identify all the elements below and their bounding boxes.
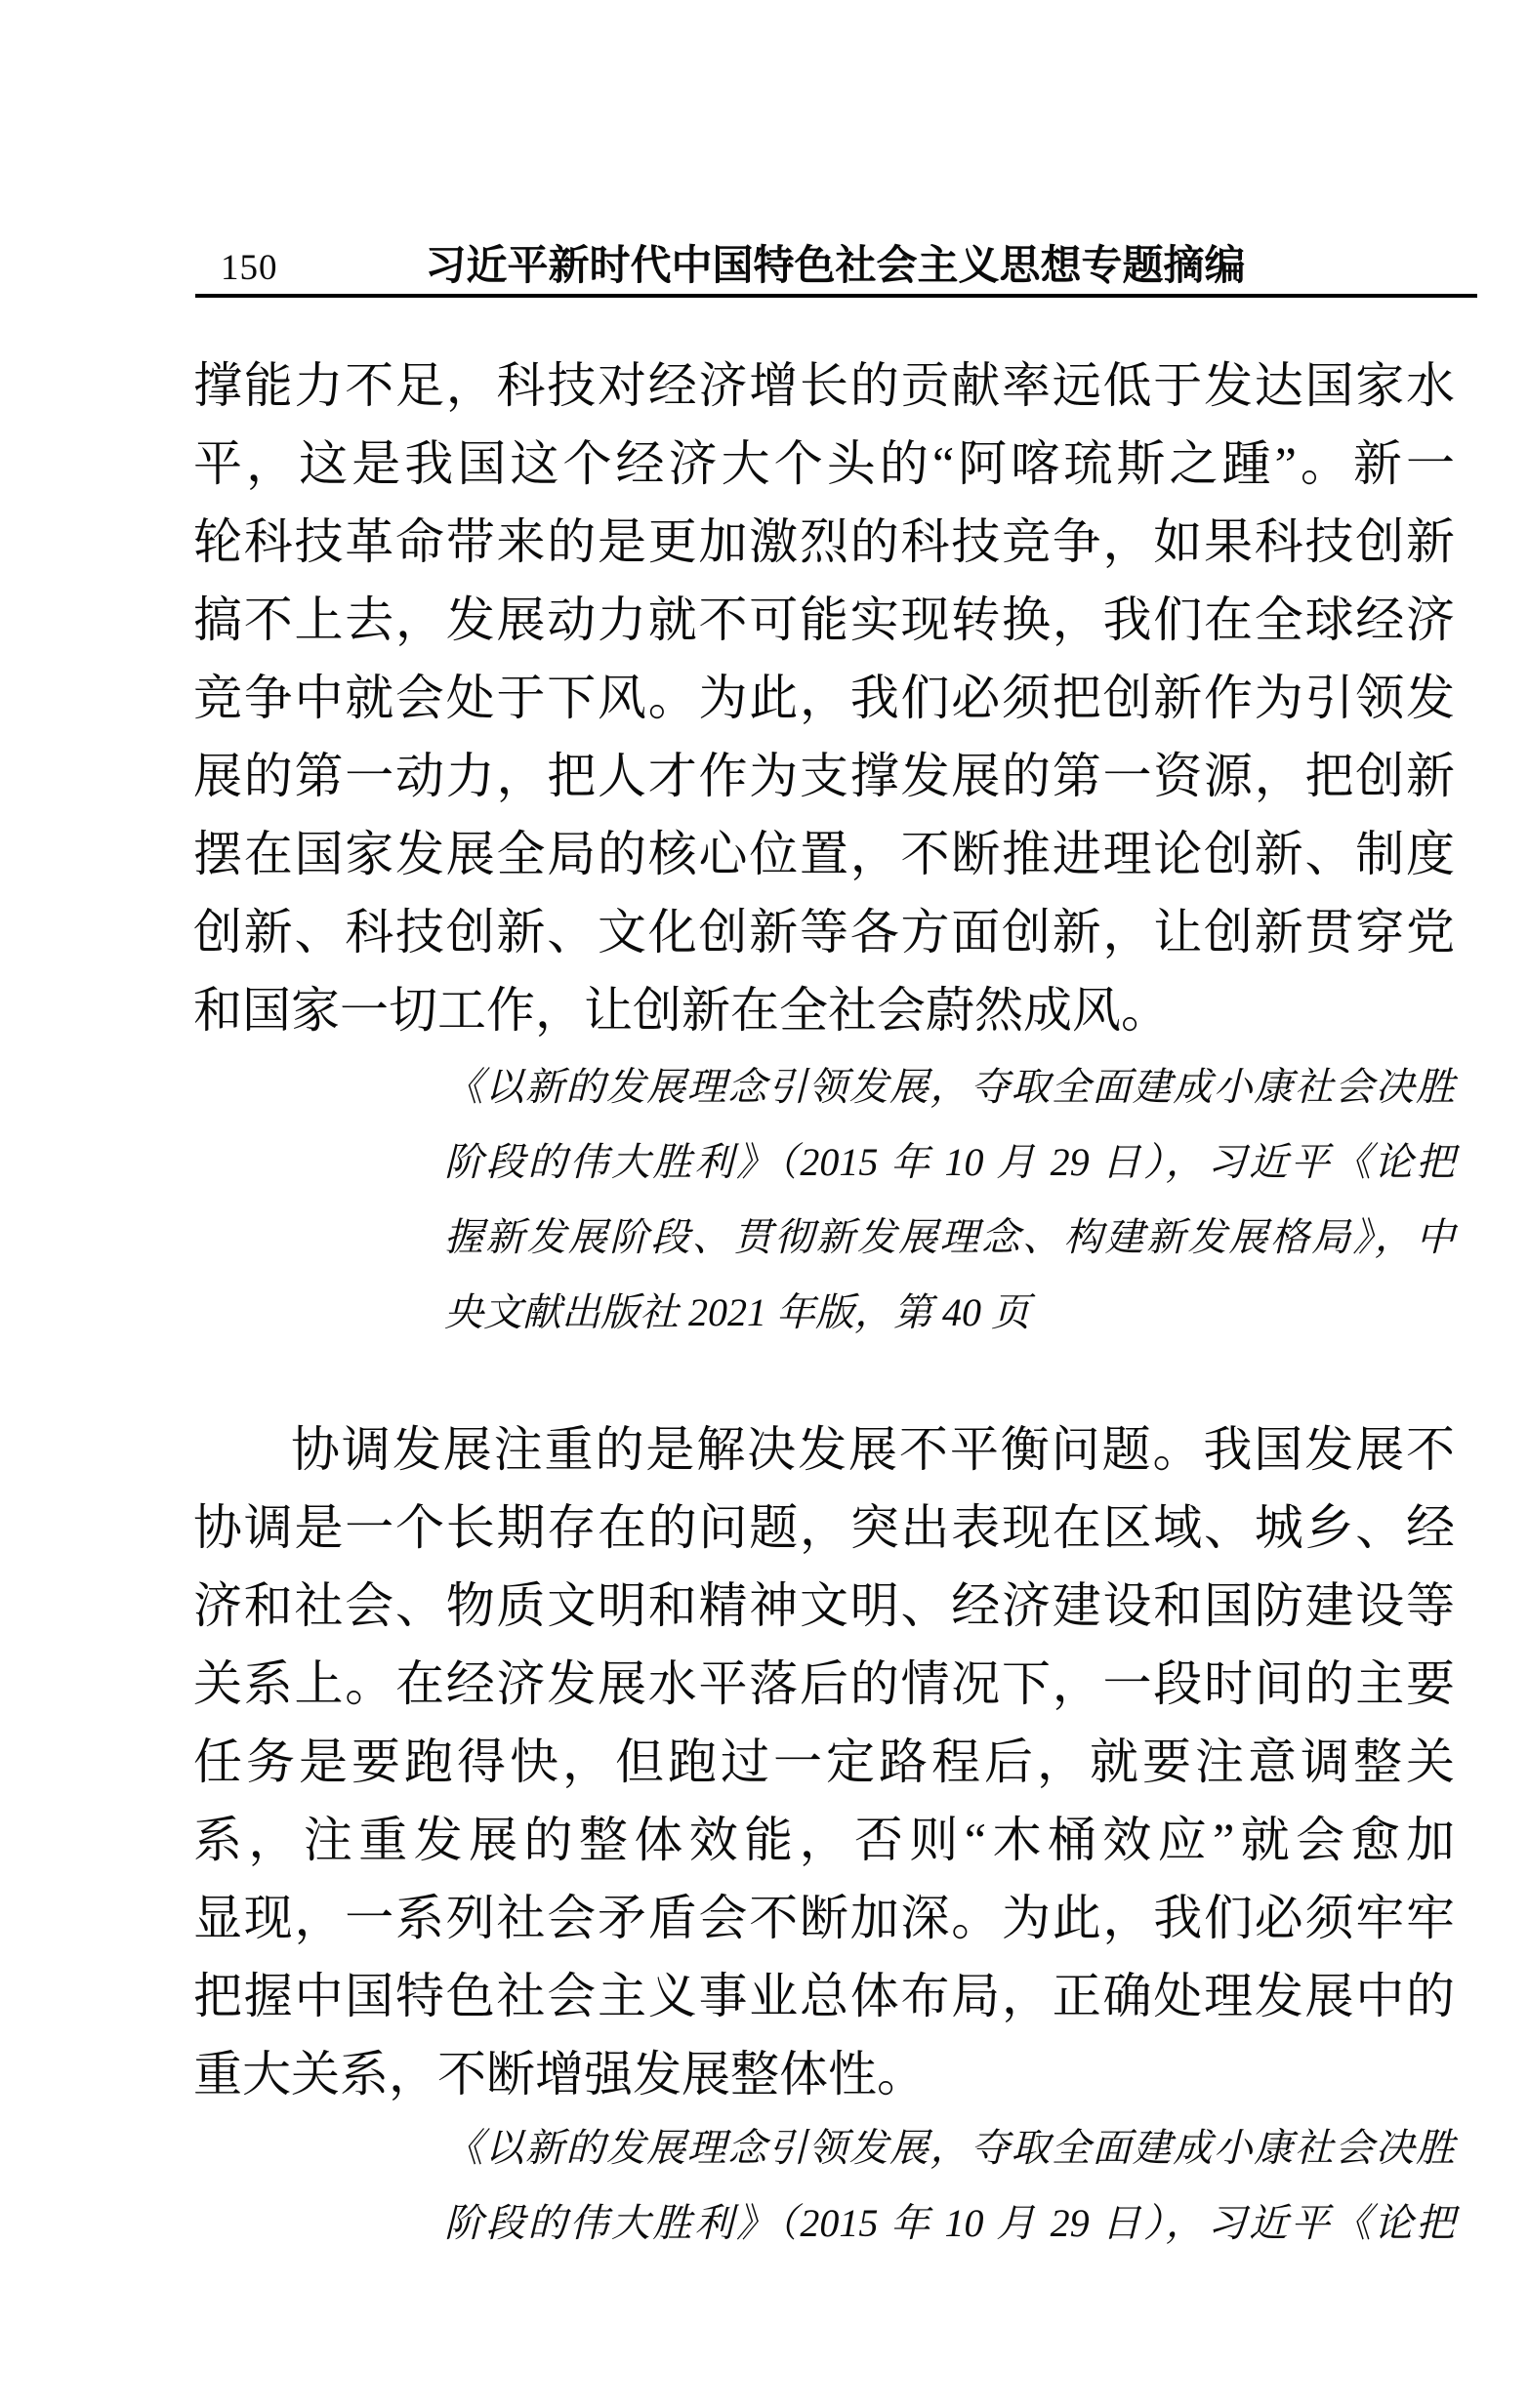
text-line: 济和社会、物质文明和精神文明、经济建设和国防建设等 [193, 1567, 1455, 1645]
citation-line: 《以新的发展理念引领发展，夺取全面建成小康社会决胜 [444, 1049, 1455, 1124]
citation-source-2: 《以新的发展理念引领发展，夺取全面建成小康社会决胜 阶段的伟大胜利》（2015 … [444, 2110, 1455, 2261]
citation-line: 阶段的伟大胜利》（2015 年 10 月 29 日），习近平《论把 [444, 2185, 1455, 2261]
text-line: 协调发展注重的是解决发展不平衡问题。我国发展不 [193, 1410, 1455, 1489]
citation-line: 央文献出版社 2021 年版，第 40 页 [444, 1275, 1455, 1350]
text-line: 关系上。在经济发展水平落后的情况下，一段时间的主要 [193, 1645, 1455, 1723]
text-line: 协调是一个长期存在的问题，突出表现在区域、城乡、经 [193, 1489, 1455, 1567]
text-line: 轮科技革命带来的是更加激烈的科技竞争，如果科技创新 [193, 503, 1455, 581]
paragraph-2: 协调发展注重的是解决发展不平衡问题。我国发展不 协调是一个长期存在的问题，突出表… [193, 1410, 1455, 2113]
text-line: 撑能力不足，科技对经济增长的贡献率远低于发达国家水 [193, 347, 1455, 425]
citation-source-1: 《以新的发展理念引领发展，夺取全面建成小康社会决胜 阶段的伟大胜利》（2015 … [444, 1049, 1455, 1350]
header-rule [195, 294, 1477, 298]
text-line: 竞争中就会处于下风。为此，我们必须把创新作为引领发 [193, 659, 1455, 737]
text-line: 创新、科技创新、文化创新等各方面创新，让创新贯穿党 [193, 893, 1455, 971]
paragraph-1: 撑能力不足，科技对经济增长的贡献率远低于发达国家水 平，这是我国这个经济大个头的… [193, 347, 1455, 1049]
citation-line: 阶段的伟大胜利》（2015 年 10 月 29 日），习近平《论把 [444, 1124, 1455, 1200]
text-line: 重大关系，不断增强发展整体性。 [193, 2035, 1455, 2113]
page-header: 150 习近平新时代中国特色社会主义思想专题摘编 [193, 239, 1477, 292]
citation-line: 握新发展阶段、贯彻新发展理念、构建新发展格局》，中 [444, 1200, 1455, 1275]
page-number: 150 [221, 247, 278, 289]
text-line: 系，注重发展的整体效能，否则“木桶效应”就会愈加 [193, 1801, 1455, 1879]
running-head-title: 习近平新时代中国特色社会主义思想专题摘编 [193, 239, 1477, 292]
text-line: 搞不上去，发展动力就不可能实现转换，我们在全球经济 [193, 581, 1455, 659]
text-line: 平，这是我国这个经济大个头的“阿喀琉斯之踵”。新一 [193, 425, 1455, 503]
citation-line: 《以新的发展理念引领发展，夺取全面建成小康社会决胜 [444, 2110, 1455, 2185]
book-page: 150 习近平新时代中国特色社会主义思想专题摘编 撑能力不足，科技对经济增长的贡… [0, 0, 1529, 2408]
text-line: 展的第一动力，把人才作为支撑发展的第一资源，把创新 [193, 737, 1455, 815]
text-line: 摆在国家发展全局的核心位置，不断推进理论创新、制度 [193, 815, 1455, 893]
text-line: 任务是要跑得快，但跑过一定路程后，就要注意调整关 [193, 1723, 1455, 1801]
text-line: 显现，一系列社会矛盾会不断加深。为此，我们必须牢牢 [193, 1879, 1455, 1957]
text-line: 和国家一切工作，让创新在全社会蔚然成风。 [193, 971, 1455, 1049]
text-line: 把握中国特色社会主义事业总体布局，正确处理发展中的 [193, 1957, 1455, 2035]
